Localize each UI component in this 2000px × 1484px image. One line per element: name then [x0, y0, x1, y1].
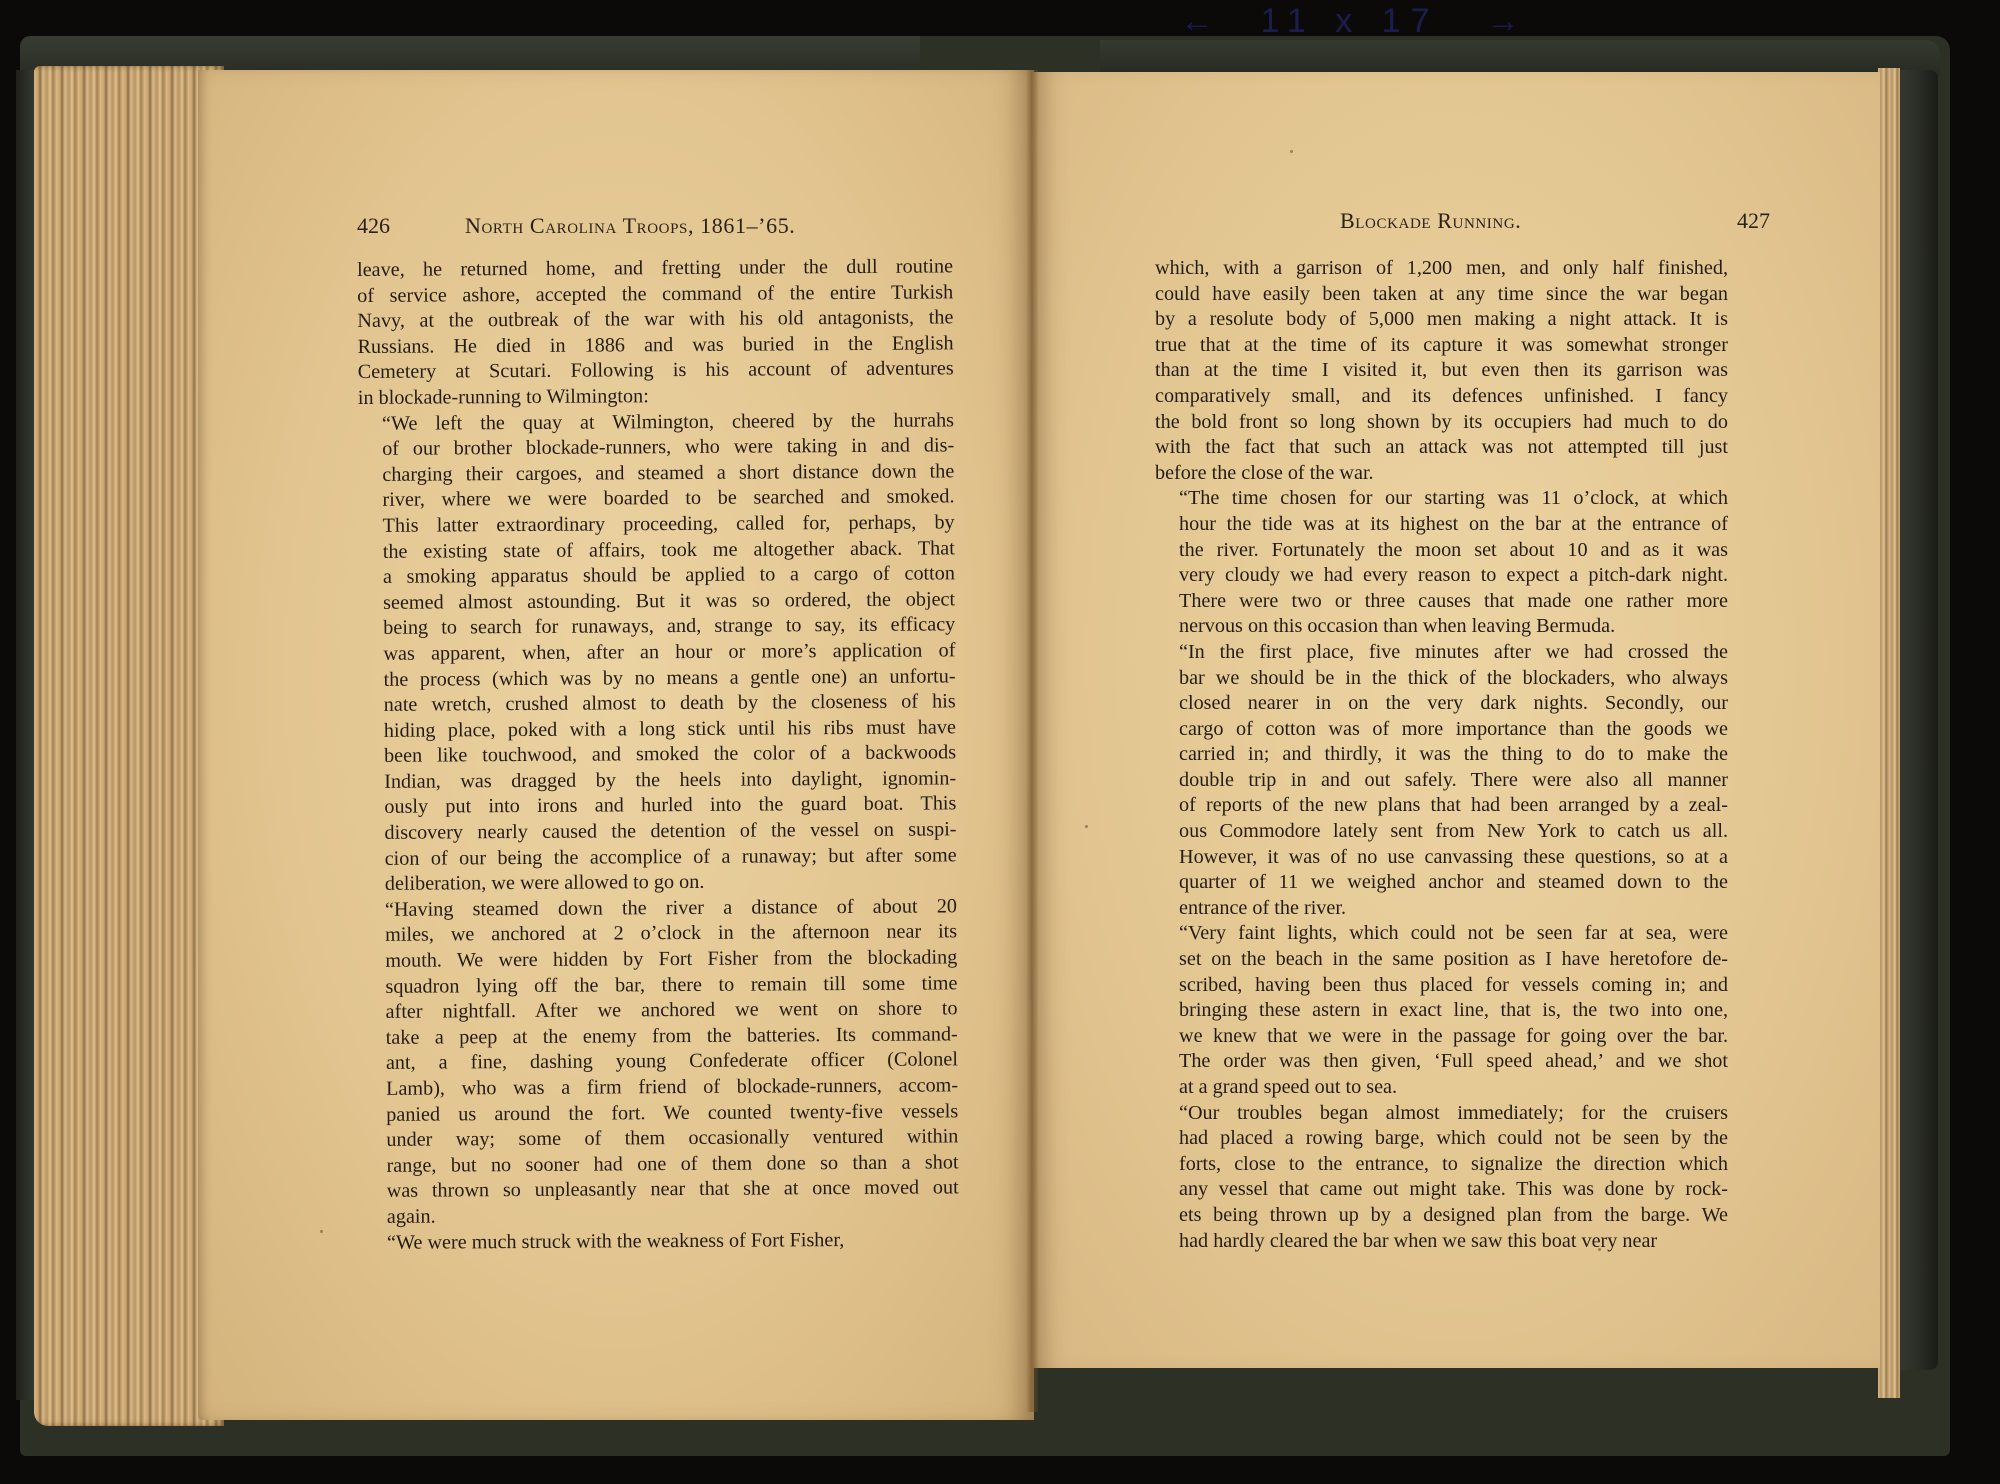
text-line: after nightfall. After we anchored we we… [362, 997, 958, 1026]
text-line: There were two or three causes that made… [1155, 589, 1728, 615]
text-line: “We were much struck with the weakness o… [363, 1227, 959, 1256]
text-line: at a grand speed out to sea. [1155, 1075, 1728, 1101]
text-line: ets being thrown up by a designed plan f… [1155, 1203, 1728, 1229]
text-line: range, but no sooner had one of them don… [362, 1150, 958, 1179]
text-line: hour the tide was at its highest on the … [1155, 512, 1728, 538]
paragraph: “The time chosen for our starting was 11… [1155, 486, 1728, 640]
text-line: the process (which was by no means a gen… [360, 664, 956, 693]
paragraph: “We left the quay at Wilmington, cheered… [358, 408, 957, 898]
cover-top-edge-right [1100, 40, 1940, 76]
text-line: “Having steamed down the river a distanc… [361, 894, 957, 923]
paragraph: “Very faint lights, which could not be s… [1155, 921, 1728, 1100]
text-line: double trip in and out safely. There wer… [1155, 768, 1728, 794]
paragraph: “Our troubles began almost immediately; … [1155, 1101, 1728, 1255]
text-line: ously put into irons and hurled into the… [360, 792, 956, 821]
paragraph: “We were much struck with the weakness o… [363, 1227, 959, 1256]
text-line: “Very faint lights, which could not be s… [1155, 921, 1728, 947]
text-line: of reports of the new plans that had bee… [1155, 793, 1728, 819]
text-line: of service ashore, accepted the command … [357, 280, 953, 309]
text-line: the bold front so long shown by its occu… [1155, 410, 1728, 436]
text-line: charging their cargoes, and steamed a sh… [358, 459, 954, 488]
text-line: Navy, at the outbreak of the war with hi… [357, 306, 953, 335]
text-line: again. [363, 1201, 959, 1230]
text-line: leave, he returned home, and fretting un… [357, 254, 953, 283]
text-line: in blockade-running to Wilmington: [358, 382, 954, 411]
text-line: of our brother blockade-runners, who wer… [358, 434, 954, 463]
right-running-head: Blockade Running. 427 [1340, 208, 1770, 234]
text-line: miles, we anchored at 2 o’clock in the a… [361, 920, 957, 949]
text-line: being to search for runaways, and, stran… [359, 613, 955, 642]
text-line: ous Commodore lately sent from New York … [1155, 819, 1728, 845]
text-line: any vessel that came out might take. Thi… [1155, 1177, 1728, 1203]
text-line: cargo of cotton was of more importance t… [1155, 717, 1728, 743]
text-line: true that at the time of its capture it … [1155, 333, 1728, 359]
text-line: nervous on this occasion than when leavi… [1155, 614, 1728, 640]
text-line: mouth. We were hidden by Fort Fisher fro… [361, 945, 957, 974]
text-line: by a resolute body of 5,000 men making a… [1155, 307, 1728, 333]
text-line: was thrown so unpleasantly near that she… [363, 1176, 959, 1205]
left-body-text: leave, he returned home, and fretting un… [357, 254, 959, 1256]
right-arrow-icon: → [1486, 2, 1520, 41]
text-line: than at the time I visited it, but even … [1155, 358, 1728, 384]
text-line: very cloudy we had every reason to expec… [1155, 563, 1728, 589]
text-line: discovery nearly caused the detention of… [360, 817, 956, 846]
text-line: carried in; and thirdly, it was the thin… [1155, 742, 1728, 768]
left-running-head: 426 North Carolina Troops, 1861–’65. [357, 213, 847, 239]
text-line: ant, a fine, dashing young Confederate o… [362, 1048, 958, 1077]
right-running-title: Blockade Running. [1340, 208, 1521, 234]
text-line: Lamb), who was a firm friend of blockade… [362, 1073, 958, 1102]
text-line: “We left the quay at Wilmington, cheered… [358, 408, 954, 437]
text-line: Russians. He died in 1886 and was buried… [357, 331, 953, 360]
text-line: closed nearer in on the very dark nights… [1155, 691, 1728, 717]
text-line: Cemetery at Scutari. Following is his ac… [358, 357, 954, 386]
text-line: had placed a rowing barge, which could n… [1155, 1126, 1728, 1152]
text-line: “The time chosen for our starting was 11… [1155, 486, 1728, 512]
text-line: had hardly cleared the bar when we saw t… [1155, 1229, 1728, 1255]
text-line: nate wretch, crushed almost to death by … [360, 689, 956, 718]
paper-speck [1598, 1248, 1601, 1251]
text-line: seemed almost astounding. But it was so … [359, 587, 955, 616]
text-line: forts, close to the entrance, to signali… [1155, 1152, 1728, 1178]
text-line: deliberation, we were allowed to go on. [361, 869, 957, 898]
paragraph: “Having steamed down the river a distanc… [361, 894, 959, 1230]
left-arrow-icon: ← [1180, 2, 1214, 41]
text-line: river, where we were boarded to be searc… [358, 485, 954, 514]
text-line: been like touchwood, and smoked the colo… [360, 741, 956, 770]
paper-speck [1085, 825, 1088, 828]
text-line: a smoking apparatus should be applied to… [359, 561, 955, 590]
left-running-title: North Carolina Troops, 1861–’65. [465, 213, 795, 239]
page-stack-right [1878, 68, 1900, 1398]
text-line: set on the beach in the same position as… [1155, 947, 1728, 973]
text-line: panied us around the fort. We counted tw… [362, 1099, 958, 1128]
text-line: which, with a garrison of 1,200 men, and… [1155, 256, 1728, 282]
text-line: Indian, was dragged by the heels into da… [360, 766, 956, 795]
text-line: squadron lying off the bar, there to rem… [361, 971, 957, 1000]
left-page-number: 426 [357, 213, 465, 239]
text-line: entrance of the river. [1155, 896, 1728, 922]
text-line: the river. Fortunately the moon set abou… [1155, 538, 1728, 564]
paragraph: which, with a garrison of 1,200 men, and… [1155, 256, 1728, 486]
paper-speck [320, 1230, 323, 1233]
text-line: scribed, having been thus placed for ves… [1155, 973, 1728, 999]
text-line: quarter of 11 we weighed anchor and stea… [1155, 870, 1728, 896]
text-line: This latter extraordinary proceeding, ca… [359, 510, 955, 539]
text-line: with the fact that such an attack was no… [1155, 435, 1728, 461]
text-line: comparatively small, and its defences un… [1155, 384, 1728, 410]
paragraph: “In the first place, five minutes after … [1155, 640, 1728, 922]
text-line: “Our troubles began almost immediately; … [1155, 1101, 1728, 1127]
page-stack-left [34, 66, 224, 1426]
text-line: the existing state of affairs, took me a… [359, 536, 955, 565]
text-line: under way; some of them occasionally ven… [362, 1125, 958, 1154]
text-line: take a peep at the enemy from the batter… [362, 1022, 958, 1051]
text-line: “In the first place, five minutes after … [1155, 640, 1728, 666]
book-gutter [1026, 70, 1038, 1412]
right-body-text: which, with a garrison of 1,200 men, and… [1155, 256, 1728, 1254]
text-line: could have easily been taken at any time… [1155, 282, 1728, 308]
text-line: bar we should be in the thick of the blo… [1155, 666, 1728, 692]
text-line: before the close of the war. [1155, 461, 1728, 487]
text-line: hiding place, poked with a long stick un… [360, 715, 956, 744]
text-line: we knew that we were in the passage for … [1155, 1024, 1728, 1050]
text-line: The order was then given, ‘Full speed ah… [1155, 1049, 1728, 1075]
right-page-number: 427 [1737, 208, 1770, 234]
text-line: was apparent, when, after an hour or mor… [359, 638, 955, 667]
paragraph: leave, he returned home, and fretting un… [357, 254, 954, 411]
text-line: However, it was of no use canvassing the… [1155, 845, 1728, 871]
text-line: cion of our being the accomplice of a ru… [361, 843, 957, 872]
paper-speck [1290, 150, 1293, 153]
scan-size-label: 11 x 17 [1260, 2, 1439, 41]
text-line: bringing these astern in exact line, tha… [1155, 998, 1728, 1024]
